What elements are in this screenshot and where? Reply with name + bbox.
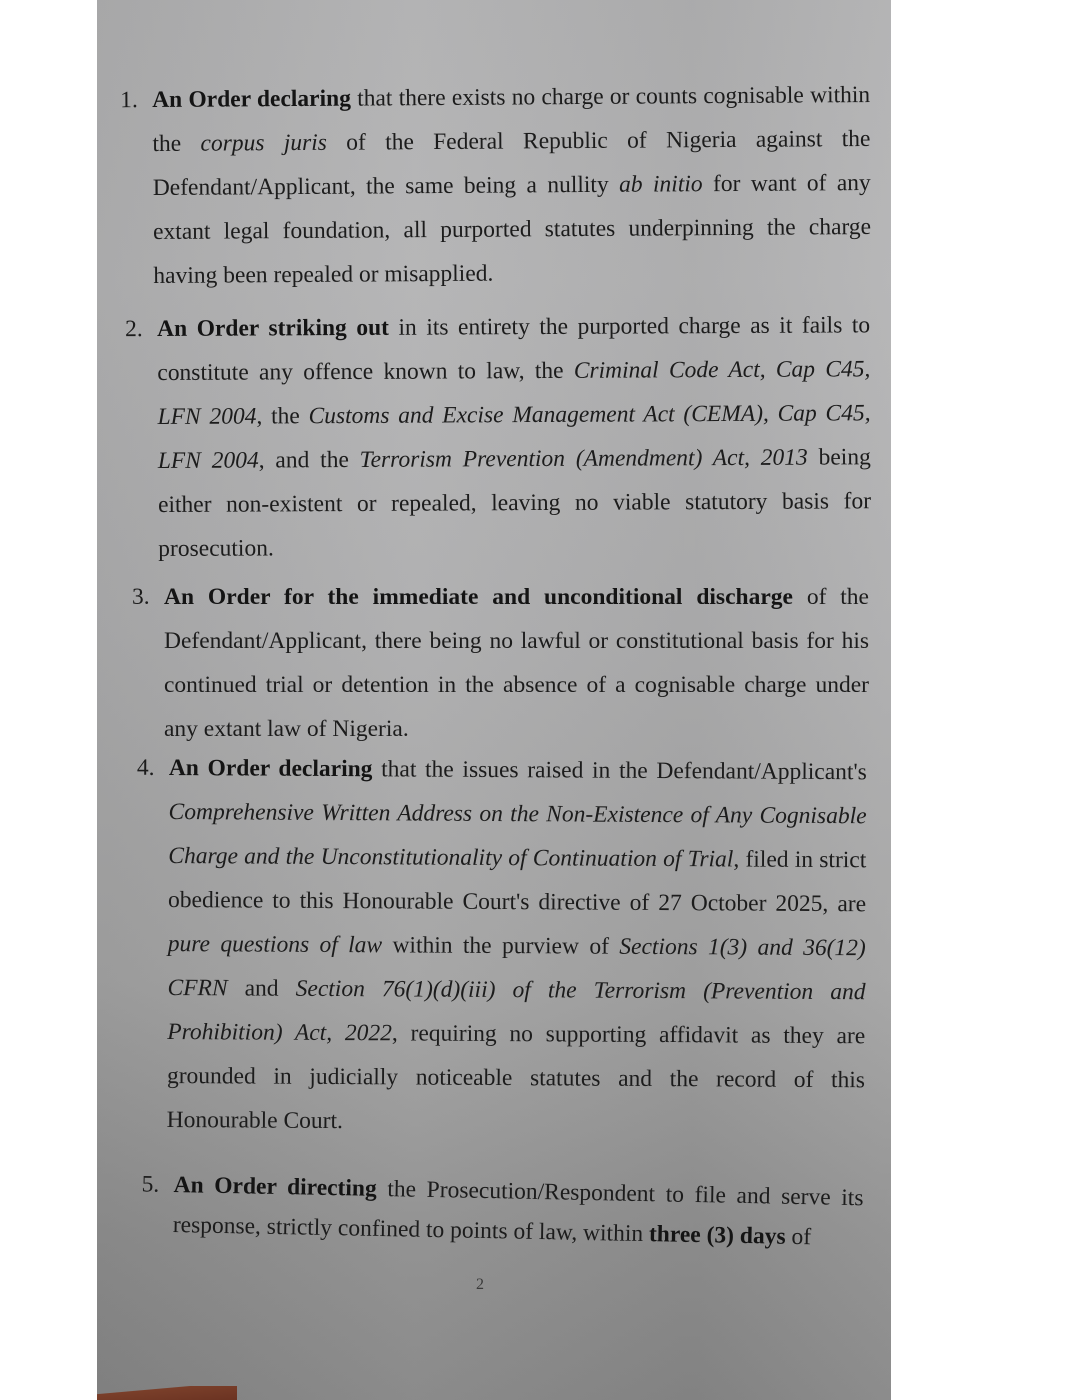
item-text: An Order for the immediate and unconditi… (164, 584, 869, 742)
text-run: of (785, 1224, 811, 1250)
text-run: that the issues raised in the Defendant/… (372, 756, 867, 785)
item-number: 3. (132, 575, 150, 619)
italic-text-run: Terrorism Prevention (Amendment) Act, 20… (360, 445, 808, 473)
order-item-3: 3. An Order for the immediate and uncond… (164, 575, 869, 751)
bold-text-run: An Order directing (173, 1172, 377, 1202)
bold-text-run: An Order declaring (169, 755, 373, 782)
item-number: 1. (120, 78, 138, 122)
item-number: 2. (125, 307, 143, 351)
item-text: An Order declaring that there exists no … (152, 82, 871, 289)
item-text: An Order directing the Prosecution/Respo… (173, 1172, 864, 1250)
order-item-4: 4. An Order declaring that the issues ra… (167, 746, 867, 1146)
italic-text-run: pure questions of law (168, 931, 382, 958)
italic-text-run: ab initio (619, 171, 703, 198)
table-edge (97, 1386, 237, 1400)
item-text: An Order declaring that the issues raise… (167, 755, 867, 1134)
italic-text-run: corpus juris (200, 130, 327, 157)
order-item-1: 1. An Order declaring that there exists … (152, 73, 872, 298)
document-photo: 1. An Order declaring that there exists … (97, 0, 891, 1400)
order-item-5: 5. An Order directing the Prosecution/Re… (172, 1165, 863, 1258)
bold-text-run: An Order striking out (157, 315, 389, 342)
item-number: 4. (137, 746, 155, 790)
text-run: within the purview of (382, 932, 619, 959)
bold-text-run: An Order declaring (152, 86, 351, 113)
item-number: 5. (141, 1164, 159, 1204)
bold-text-run: An Order for the immediate and unconditi… (164, 584, 793, 610)
text-run: and (228, 975, 296, 1001)
bold-text-run: three (3) days (649, 1221, 786, 1250)
order-item-2: 2. An Order striking out in its entirety… (157, 303, 871, 571)
text-run: , and the (259, 447, 360, 474)
text-run: , the (256, 403, 308, 429)
item-text: An Order striking out in its entirety th… (157, 312, 871, 562)
page-number: 2 (476, 1276, 484, 1294)
